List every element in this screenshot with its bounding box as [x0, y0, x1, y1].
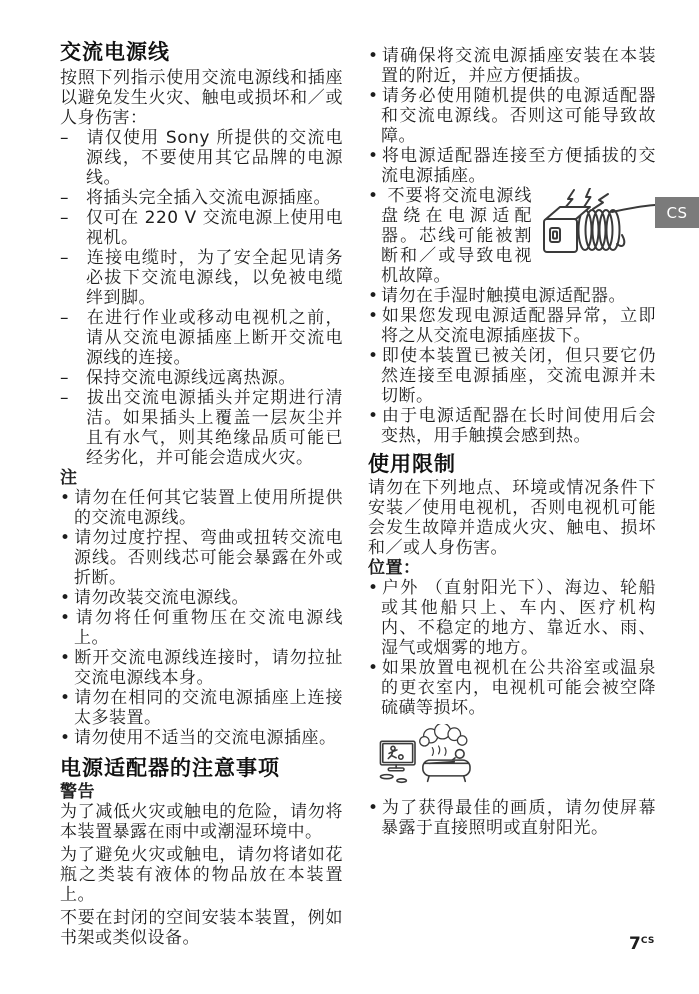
adapter-bullet-list: 请确保将交流电源插座安装在本装置的附近，并应方便插拔。 请务必使用随机提供的电源…: [368, 46, 656, 446]
spark-icon: [584, 188, 591, 207]
spark-icon: [593, 194, 608, 209]
list-item: 请勿在相同的交流电源插座上连接太多装置。: [60, 688, 343, 728]
warning-paragraph: 为了避免火灾或触电，请勿将诸如花瓶之类装有液体的物品放在本装置上。: [60, 845, 343, 905]
list-item: 即使本装置已被关闭，但只要它仍然连接至电源插座，交流电源并未切断。: [368, 346, 656, 406]
section-ac-power-cord: 交流电源线 按照下列指示使用交流电源线和插座以避免发生火灾、触电或损坏和／或人身…: [60, 40, 343, 748]
final-bullet-list: 为了获得最佳的画质，请勿使屏幕暴露于直接照明或直射阳光。: [368, 798, 656, 838]
warning-label: 警告: [60, 782, 343, 802]
tv-steam-bathtub-illustration: [378, 724, 474, 790]
list-item: 请勿在手湿时触摸电源适配器。: [368, 286, 656, 306]
list-item: 由于电源适配器在长时间使用后会变热，用手触摸会感到热。: [368, 406, 656, 446]
list-item: 请确保将交流电源插座安装在本装置的附近，并应方便插拔。: [368, 46, 656, 86]
list-item: 户外 （直射阳光下）、海边、轮船或其他船只上、车内、医疗机构内、不稳定的地方、靠…: [368, 578, 656, 658]
list-item-with-illustration: 不要将交流电源线盘绕在电源适配器。芯线可能被割断和／或导致电视机故障。: [368, 186, 656, 286]
right-column: 请确保将交流电源插座安装在本装置的附近，并应方便插拔。 请务必使用随机提供的电源…: [368, 46, 656, 838]
list-item: 请勿改装交流电源线。: [60, 588, 343, 608]
list-item: 如果放置电视机在公共浴室或温泉的更衣室内，电视机可能会被空降硫磺等损坏。: [368, 658, 656, 718]
page-number: 7CS: [629, 934, 655, 954]
left-column: 交流电源线 按照下列指示使用交流电源线和插座以避免发生火灾、触电或损坏和／或人身…: [60, 40, 343, 948]
list-item: 将插头完全插入交流电源插座。: [60, 188, 343, 208]
list-item: 断开交流电源线连接时，请勿拉扯交流电源线本身。: [60, 648, 343, 688]
intro-paragraph: 按照下列指示使用交流电源线和插座以避免发生火灾、触电或损坏和／或人身伤害：: [60, 68, 343, 128]
page-number-value: 7: [629, 934, 641, 954]
list-item: 请仅使用 Sony 所提供的交流电源线，不要使用其它品牌的电源线。: [60, 128, 343, 188]
section-adapter-notes: 电源适配器的注意事项 警告 为了减低火灾或触电的危险，请勿将本装置暴露在雨中或潮…: [60, 756, 343, 948]
list-item: 请勿使用不适当的交流电源插座。: [60, 728, 343, 748]
language-tab-cs: CS: [655, 197, 699, 228]
warning-paragraph: 为了减低火灾或触电的危险，请勿将本装置暴露在雨中或潮湿环境中。: [60, 802, 343, 842]
list-item: 仅可在 220 V 交流电源上使用电视机。: [60, 208, 343, 248]
list-item: 保持交流电源线远离热源。: [60, 368, 343, 388]
list-item: 拔出交流电源插头并定期进行清洁。如果插头上覆盖一层灰尘并且有水气，则其绝缘品质可…: [60, 388, 343, 468]
list-item: 如果您发现电源适配器异常，立即将之从交流电源插座拔下。: [368, 306, 656, 346]
page-number-suffix: CS: [641, 936, 655, 946]
location-bullet-list: 户外 （直射阳光下）、海边、轮船或其他船只上、车内、医疗机构内、不稳定的地方、靠…: [368, 578, 656, 718]
list-item: 连接电缆时，为了安全起见请务必拔下交流电源线，以免被电缆绊到脚。: [60, 248, 343, 308]
list-item-text: 不要将交流电源线盘绕在电源适配器。芯线可能被割断和／或导致电视机故障。: [381, 186, 532, 286]
section-usage-limits: 使用限制 请勿在下列地点、环境或情况条件下安装／使用电视机，否则电视机可能会发生…: [368, 452, 656, 838]
manual-page: 交流电源线 按照下列指示使用交流电源线和插座以避免发生火灾、触电或损坏和／或人身…: [0, 0, 699, 994]
section-title-usage-limits: 使用限制: [368, 452, 656, 476]
list-item: 请勿过度拧捏、弯曲或扭转交流电源线。否则线芯可能会暴露在外或折断。: [60, 528, 343, 588]
note-label: 注: [60, 468, 343, 488]
usage-intro-paragraph: 请勿在下列地点、环境或情况条件下安装／使用电视机，否则电视机可能会发生故障并造成…: [368, 478, 656, 558]
list-item: 在进行作业或移动电视机之前，请从交流电源插座上断开交流电源线的连接。: [60, 308, 343, 368]
list-item: 将电源适配器连接至方便插拔的交流电源插座。: [368, 146, 656, 186]
note-bullet-list: 请勿在任何其它装置上使用所提供的交流电源线。 请勿过度拧捏、弯曲或扭转交流电源线…: [60, 488, 343, 748]
section-title-ac-power-cord: 交流电源线: [60, 40, 343, 64]
dash-list: 请仅使用 Sony 所提供的交流电源线，不要使用其它品牌的电源线。 将插头完全插…: [60, 128, 343, 468]
list-item: 为了获得最佳的画质，请勿使屏幕暴露于直接照明或直射阳光。: [368, 798, 656, 838]
list-item: 请勿将任何重物压在交流电源线上。: [60, 608, 343, 648]
location-label: 位置：: [368, 558, 656, 578]
section-title-adapter-notes: 电源适配器的注意事项: [60, 756, 343, 780]
warning-paragraph: 不要在封闭的空间安装本装置，例如书架或类似设备。: [60, 908, 343, 948]
list-item: 请勿在任何其它装置上使用所提供的交流电源线。: [60, 488, 343, 528]
list-item: 请务必使用随机提供的电源适配器和交流电源线。否则这可能导致故障。: [368, 86, 656, 146]
adapter-coiled-cord-illustration: [538, 188, 656, 258]
